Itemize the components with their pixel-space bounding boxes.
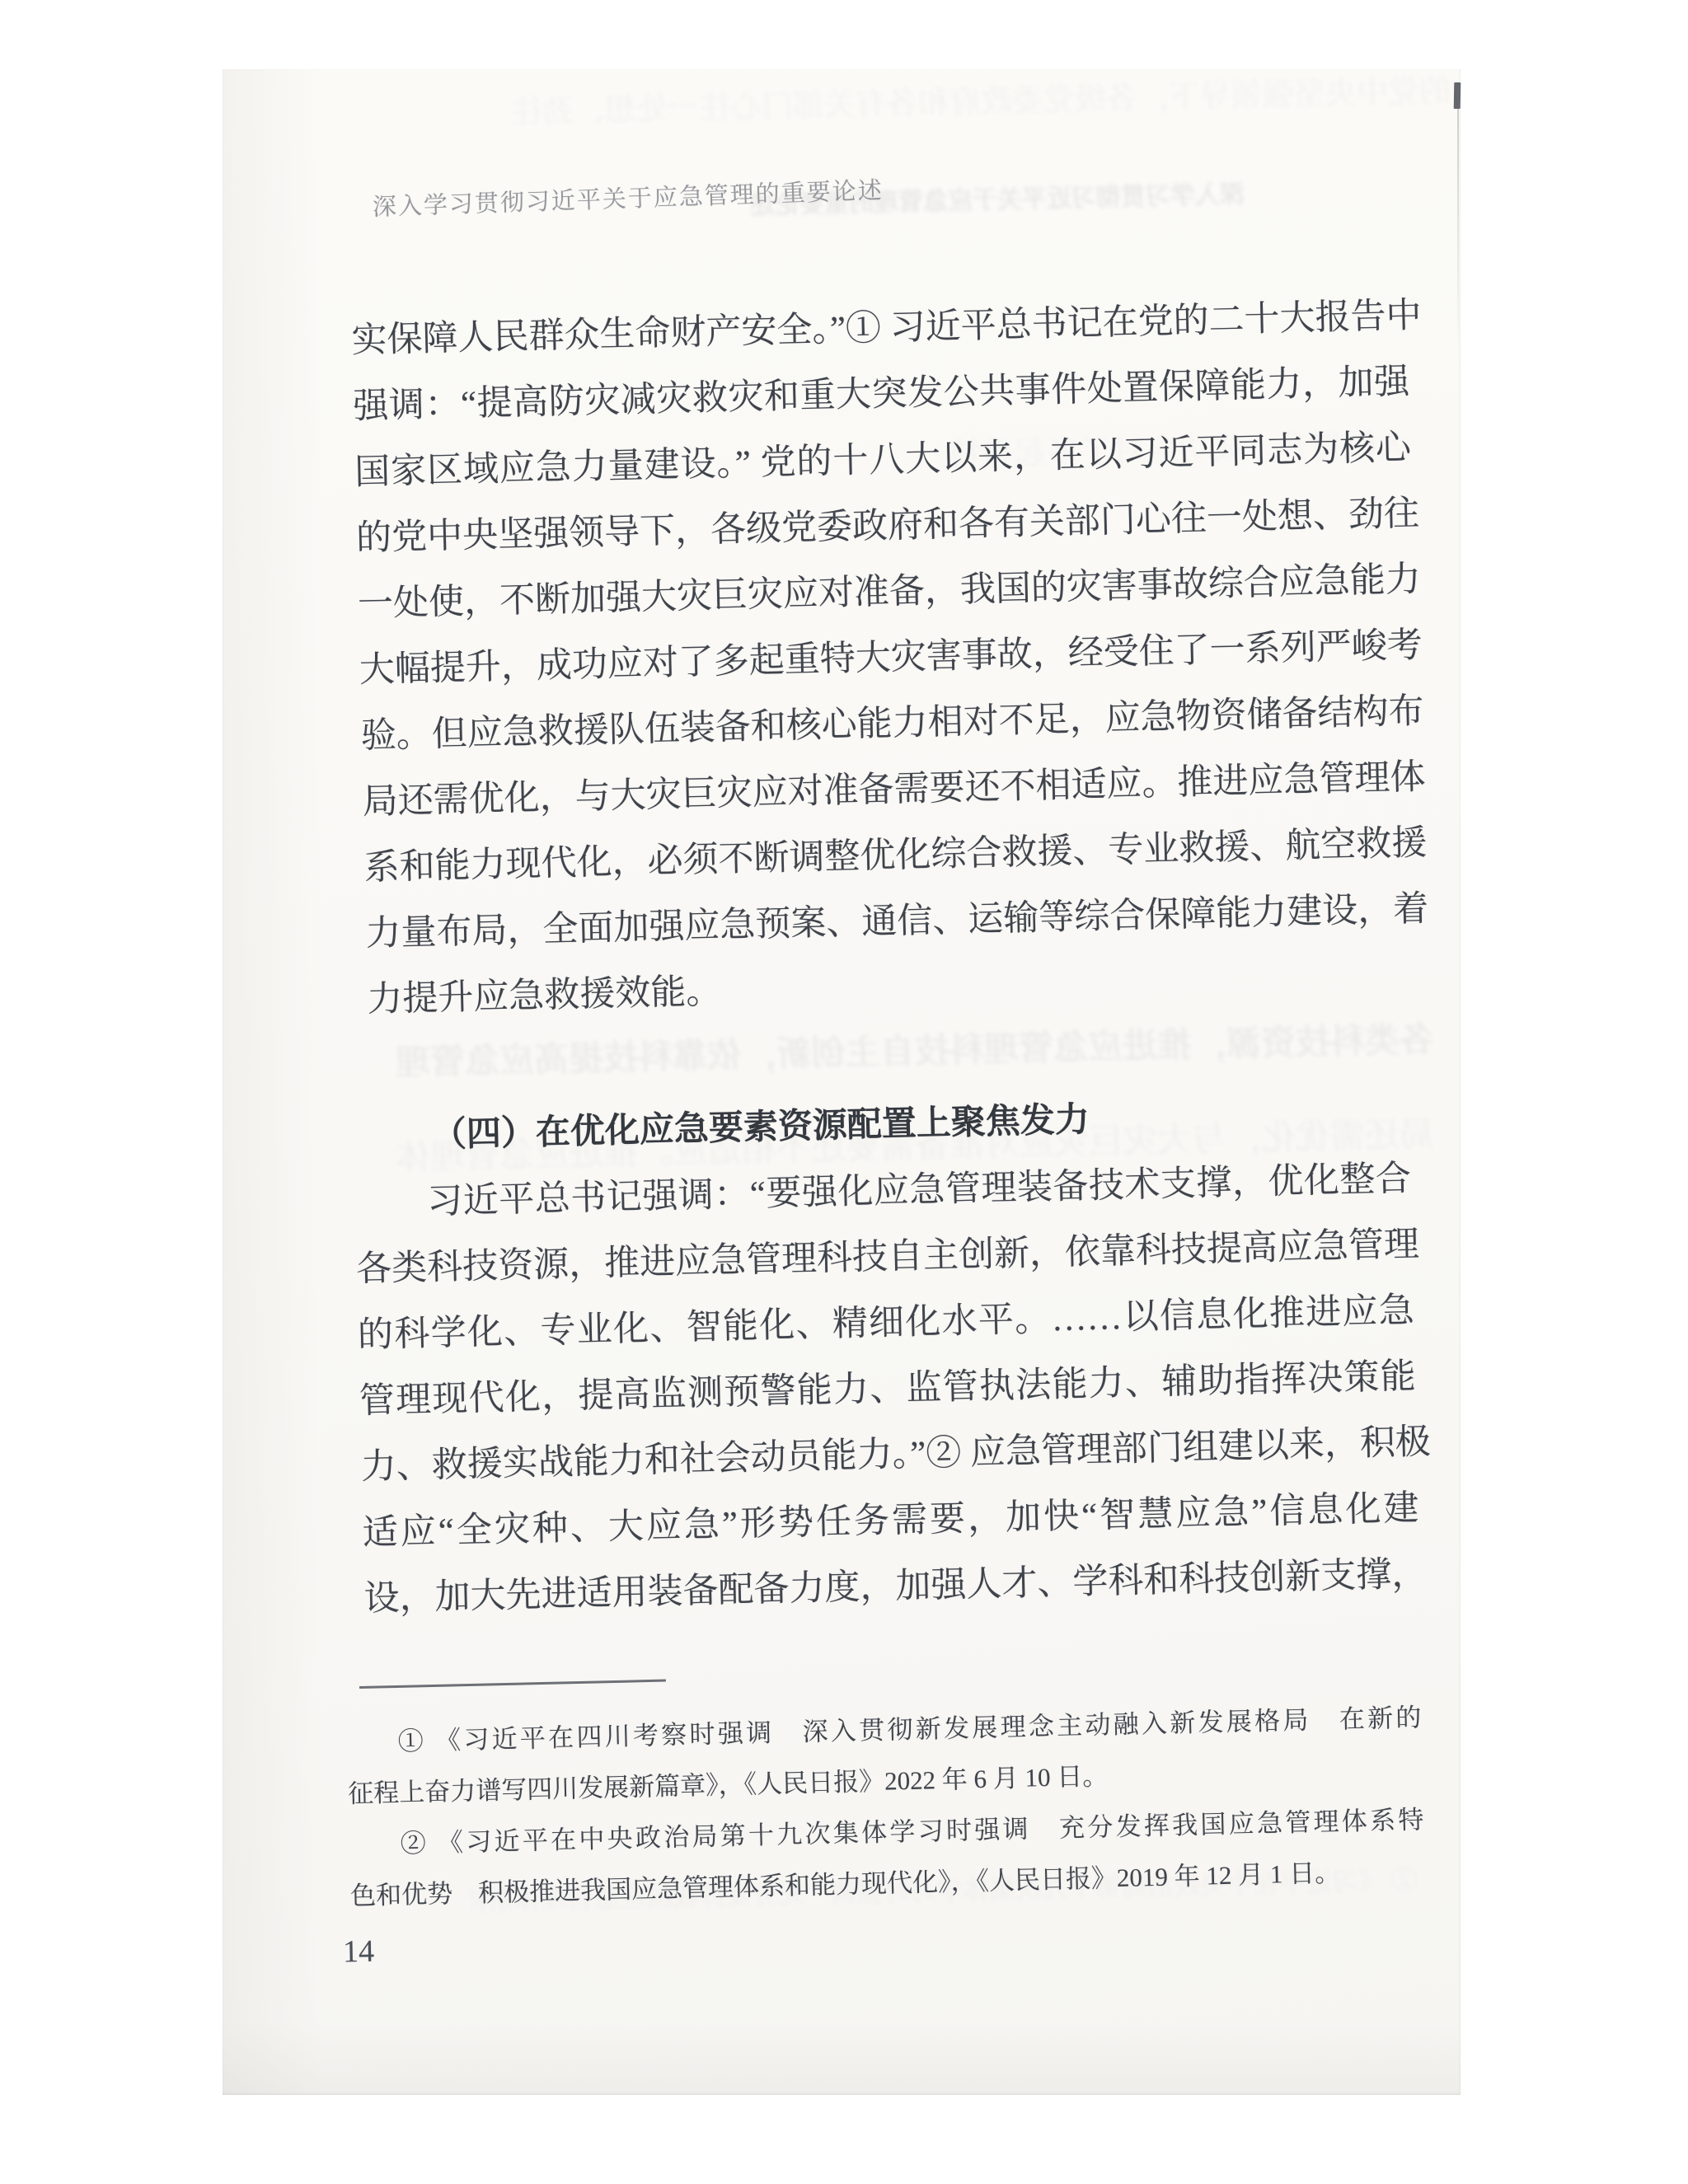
bleed-through-text: 的党中央坚强领导下，各级党委政府和各有关部门心往一处想、劲往	[503, 65, 1451, 132]
page-edge-line	[1457, 86, 1459, 349]
page-number: 14	[343, 1933, 375, 1971]
footnote-divider	[359, 1680, 666, 1689]
running-head: 深入学习贯彻习近平关于应急管理的重要论述	[372, 166, 1114, 224]
paragraph-1: 实保障人民群众生命财产安全。”① 习近平总书记在党的二十大报告中 强调：“提高防…	[351, 284, 1424, 1033]
page-sheet: 的党中央坚强领导下，各级党委政府和各有关部门心往一处想、劲往 深入学习贯彻习近平…	[223, 69, 1461, 2095]
paragraph-2: 习近平总书记强调：“要强化应急管理装备技术支撑，优化整合 各类科技资源，推进应急…	[354, 1146, 1421, 1633]
footnotes: ① 《习近平在四川考察时强调 深入贯彻新发展理念主动融入新发展格局 在新的 征程…	[346, 1692, 1425, 1922]
scanned-book-page: 的党中央坚强领导下，各级党委政府和各有关部门心往一处想、劲往 深入学习贯彻习近平…	[0, 0, 1688, 2184]
